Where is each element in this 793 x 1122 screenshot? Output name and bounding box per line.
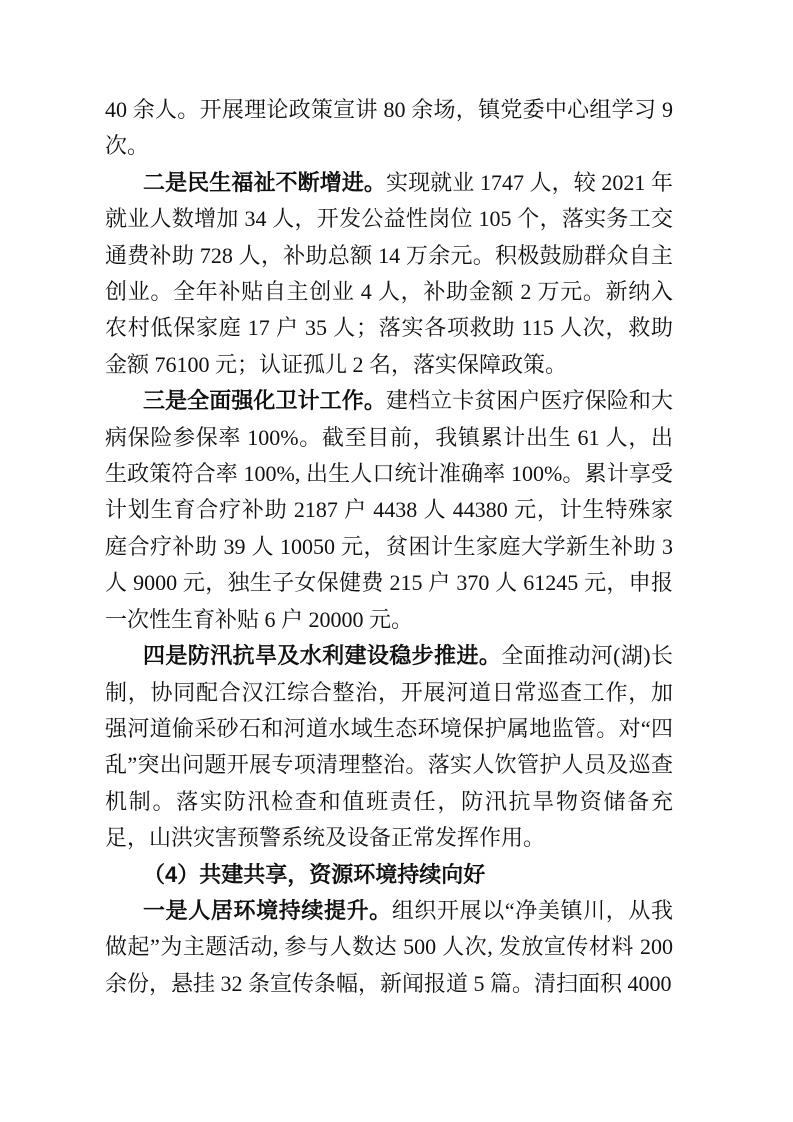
- paragraph-fangxun: 四是防汛抗旱及水利建设稳步推进。全面推动河(湖)长制，协同配合汉江综合整治，开展…: [105, 638, 673, 856]
- section-heading-text: （4）共建共享，资源环境持续向好: [143, 862, 485, 887]
- paragraph-lead-bold: 三是全面强化卫计工作。: [143, 388, 386, 413]
- paragraph-lead-bold: 一是人居环境持续提升。: [143, 898, 392, 923]
- paragraph-lead-bold: 二是民生福祉不断增进。: [143, 170, 386, 195]
- paragraph-lead-bold: 四是防汛抗旱及水利建设稳步推进。: [143, 643, 501, 668]
- paragraph-text: 全面推动河(湖)长制，协同配合汉江综合整治，开展河道日常巡查工作，加强河道偷采砂…: [105, 643, 673, 850]
- paragraph-text: 建档立卡贫困户医疗保险和大病保险参保率 100%。截至目前，我镇累计出生 61 …: [105, 388, 673, 631]
- paragraph-minsheng: 二是民生福祉不断增进。实现就业 1747 人，较 2021 年就业人数增加 34…: [105, 165, 673, 383]
- document-page: 40 余人。开展理论政策宣讲 80 余场，镇党委中心组学习 9 次。 二是民生福…: [0, 0, 793, 1122]
- document-body: 40 余人。开展理论政策宣讲 80 余场，镇党委中心组学习 9 次。 二是民生福…: [105, 92, 673, 1002]
- paragraph-renju: 一是人居环境持续提升。组织开展以“净美镇川，从我做起”为主题活动, 参与人数达 …: [105, 893, 673, 1002]
- paragraph-text: 实现就业 1747 人，较 2021 年就业人数增加 34 人，开发公益性岗位 …: [105, 170, 673, 377]
- paragraph-continuation: 40 余人。开展理论政策宣讲 80 余场，镇党委中心组学习 9 次。: [105, 92, 673, 165]
- paragraph-text: 40 余人。开展理论政策宣讲 80 余场，镇党委中心组学习 9 次。: [105, 97, 673, 158]
- section-heading-4: （4）共建共享，资源环境持续向好: [105, 857, 673, 893]
- paragraph-weiji: 三是全面强化卫计工作。建档立卡贫困户医疗保险和大病保险参保率 100%。截至目前…: [105, 383, 673, 638]
